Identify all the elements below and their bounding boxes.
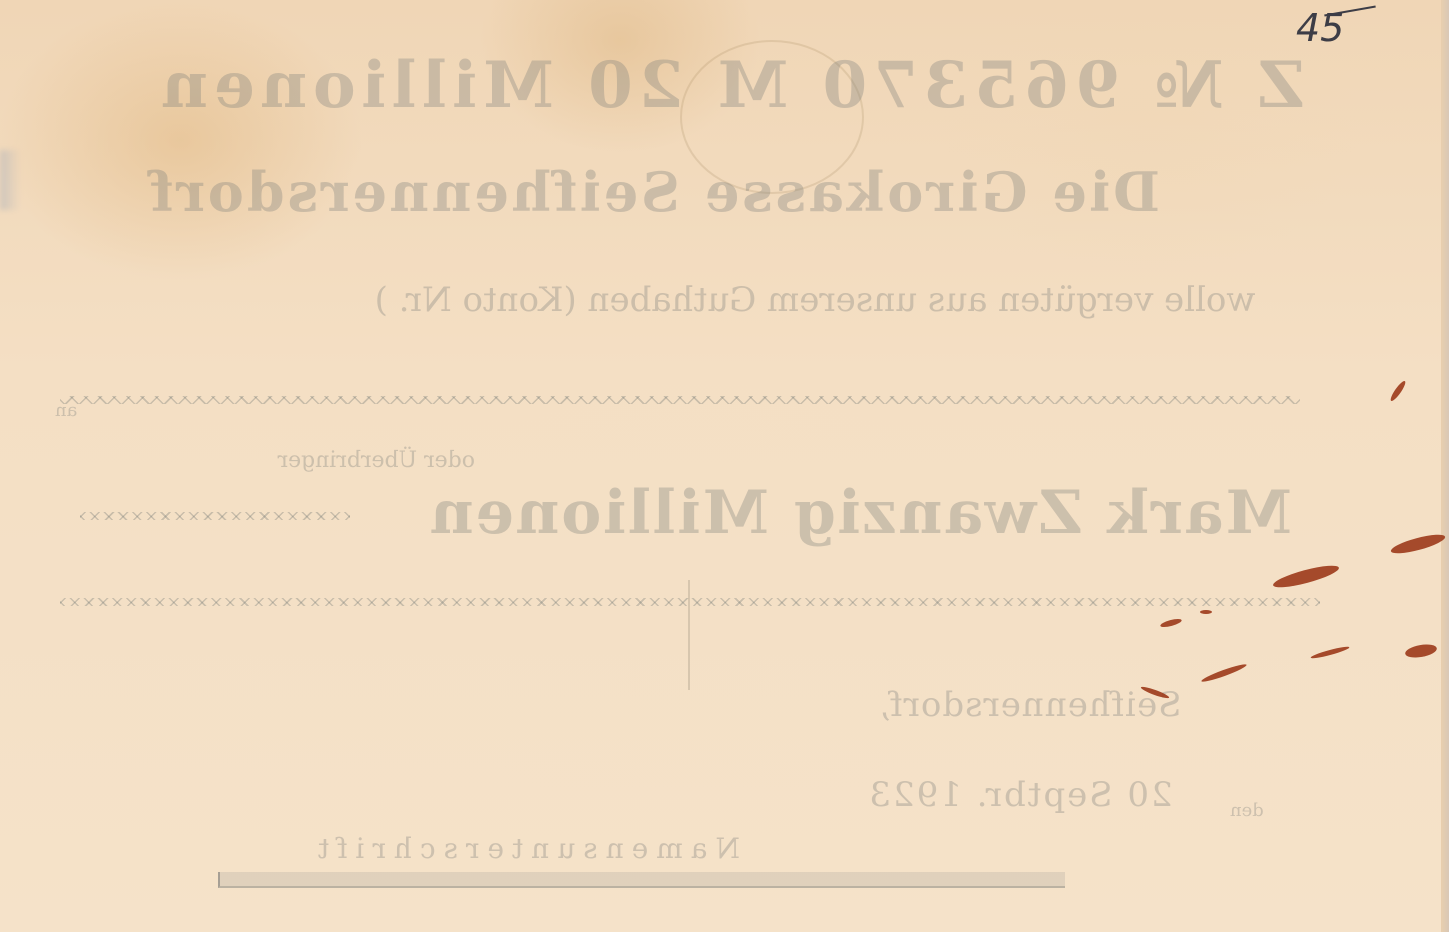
paper-edge-left-shadow [0, 150, 20, 210]
amount-wavy-line [80, 508, 350, 524]
bearer-note: oder Überbringer [95, 448, 475, 473]
pay-instruction-text: wolle vergüten aus unserem Guthaben (Kon… [375, 280, 1256, 320]
amount-wavy-line-lower [60, 594, 1320, 610]
amount-in-words: Mark Zwanzig Millionen [390, 478, 1330, 548]
issuer-name: Die Girokasse Seifhennersdorf [270, 160, 1160, 224]
rust-stain [1200, 610, 1212, 614]
pay-instruction-line: wolle vergüten aus unserem Guthaben (Kon… [300, 280, 1330, 320]
signature-line [218, 872, 1065, 888]
signature-label: Namensunterschrift [225, 832, 825, 865]
serial-line: Z № 965370 M 20 Millionen [110, 48, 1350, 123]
paper-edge-right [1441, 0, 1449, 932]
date-prefix: den [1230, 800, 1264, 821]
issue-date: 20 Septbr. 1923 [810, 775, 1230, 815]
recipient-wavy-line [60, 392, 1300, 408]
handwritten-number: 45 [1296, 6, 1344, 50]
issue-place: Seifhennersdorf, [820, 685, 1240, 725]
